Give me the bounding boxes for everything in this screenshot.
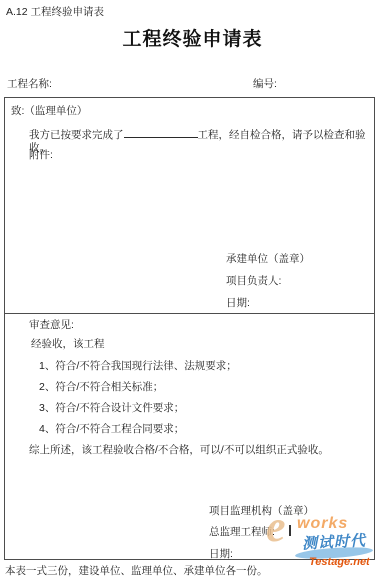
project-manager-label: 项目负责人: [226,275,281,288]
doc-number-label: 编号: [253,78,277,91]
review-date-label: 日期: [209,548,233,561]
watermark-site-name: Testage.net [309,556,370,568]
project-name-blank [124,127,198,138]
contractor-seal-label: 承建单位（盖章） [226,253,310,266]
document-page: A.12 工程终验申请表 工程终验申请表 工程名称: 编号: 致:（监理单位） … [0,0,385,579]
copies-note: 本表一式三份，建设单位、监理单位、承建单位各一份。 [5,563,268,578]
project-name-label: 工程名称: [7,78,52,91]
review-item: 1、符合/不符合我国现行法律、法规要求； [39,360,237,373]
review-intro: 经验收，该工程 [31,338,105,351]
request-body-line: 我方已按要求完成了工程，经自检合格，请予以检查和验收。 [29,127,369,155]
request-body-prefix: 我方已按要求完成了 [29,129,124,141]
doc-ref-label: A.12 工程终验申请表 [6,4,104,19]
watermark-brand-cn: 测试时代 [301,529,366,553]
eworks-logo-e-icon: e [266,505,286,549]
section-divider [5,313,374,314]
text-cursor [289,525,291,536]
review-item: 4、符合/不符合工程合同要求； [39,423,184,436]
contractor-date-label: 日期: [226,297,250,310]
page-title: 工程终验申请表 [0,24,385,51]
review-item: 3、符合/不符合设计文件要求； [39,402,184,415]
review-conclusion: 综上所述，该工程验收合格/不合格，可以/不可以组织正式验收。 [29,444,329,457]
review-item: 2、符合/不符合相关标准； [39,381,163,394]
attachment-label: 附件: [29,149,53,162]
form-box: 致:（监理单位） 我方已按要求完成了工程，经自检合格，请予以检查和验收。 附件:… [4,97,375,560]
review-opinion-label: 审查意见: [29,319,74,332]
to-supervisor-label: 致:（监理单位） [11,105,87,118]
